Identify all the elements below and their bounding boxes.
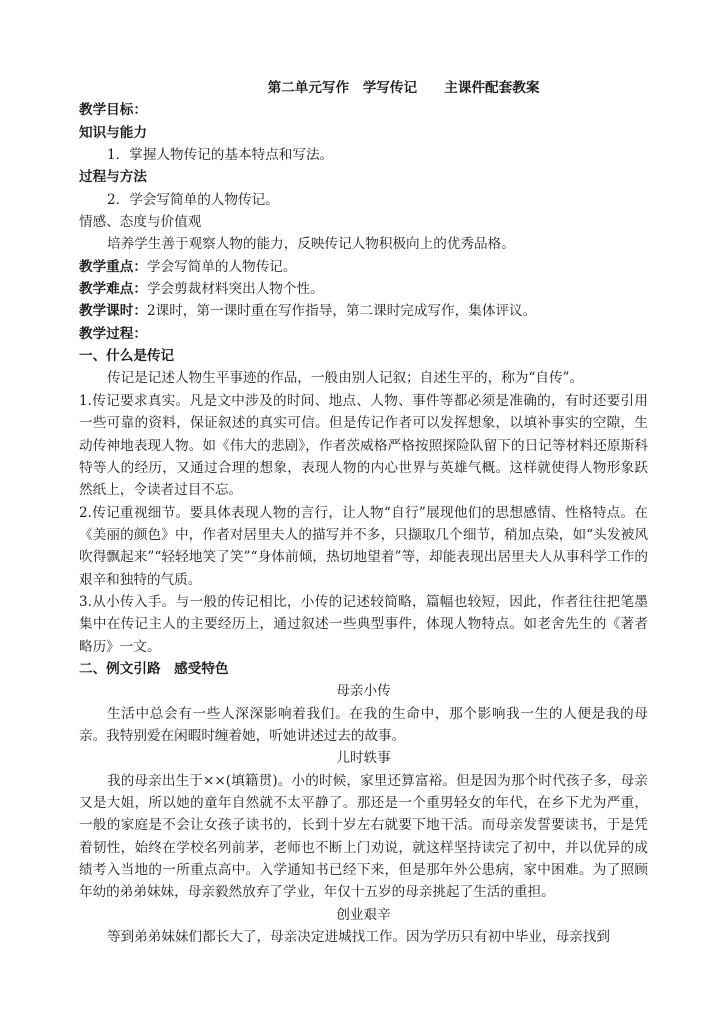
section1-point-3: 3.从小传入手。与一般的传记相比，小传的记述较简略，篇幅也较短，因此，作者往往把…: [79, 591, 648, 658]
section1-heading: 一、什么是传记: [79, 345, 648, 367]
section1-point-1: 1.传记要求真实。凡是文中涉及的时间、地点、人物、事件等都必须是准确的，有时还要…: [79, 390, 648, 502]
objectives-heading: 教学目标：: [79, 99, 648, 121]
difficulty-label: 教学难点：: [79, 281, 147, 297]
emotion-item: 培养学生善于观察人物的能力，反映传记人物积极向上的优秀品格。: [79, 233, 648, 255]
hours-row: 教学课时：2课时，第一课时重在写作指导，第二课时完成写作，集体评议。: [79, 300, 648, 322]
hours-text: 2课时，第一课时重在写作指导，第二课时完成写作，集体评议。: [147, 303, 536, 319]
key-point-label: 教学重点：: [79, 259, 147, 275]
sub2-text: 等到弟弟妹妹们都长大了，母亲决定进城找工作。因为学历只有初中毕业，母亲找到: [79, 926, 648, 948]
emotion-heading: 情感、态度与价值观: [79, 211, 648, 233]
process-item: 2．学会写简单的人物传记。: [79, 189, 648, 211]
key-point-row: 教学重点：学会写简单的人物传记。: [79, 256, 648, 278]
essay-intro: 生活中总会有一些人深深影响着我们。在我的生命中，那个影响我一生的人便是我的母亲。…: [79, 703, 648, 748]
key-point-text: 学会写简单的人物传记。: [147, 259, 297, 275]
sub1-text: 我的母亲出生于××(填籍贯)。小的时候，家里还算富裕。但是因为那个时代孩子多，母…: [79, 770, 648, 904]
knowledge-item: 1．掌握人物传记的基本特点和写法。: [79, 144, 648, 166]
section1-point-2: 2.传记重视细节。要具体表现人物的言行，让人物“自行”展现他们的思想感情、性格特…: [79, 502, 648, 591]
difficulty-row: 教学难点：学会剪裁材料突出人物个性。: [79, 278, 648, 300]
difficulty-text: 学会剪裁材料突出人物个性。: [147, 281, 324, 297]
document-page: 第二单元写作 学写传记 主课件配套教案 教学目标： 知识与能力 1．掌握人物传记…: [79, 77, 648, 948]
essay-title: 母亲小传: [79, 680, 648, 702]
process-label: 教学过程：: [79, 323, 648, 345]
sub2-title: 创业艰辛: [79, 904, 648, 926]
knowledge-heading: 知识与能力: [79, 122, 648, 144]
hours-label: 教学课时：: [79, 303, 147, 319]
section1-intro: 传记是记述人物生平事迹的作品，一般由别人记叙；自述生平的，称为“自传”。: [79, 367, 648, 389]
section2-heading: 二、例文引路 感受特色: [79, 658, 648, 680]
document-title: 第二单元写作 学写传记 主课件配套教案: [79, 77, 648, 99]
process-heading: 过程与方法: [79, 166, 648, 188]
sub1-title: 儿时轶事: [79, 747, 648, 769]
